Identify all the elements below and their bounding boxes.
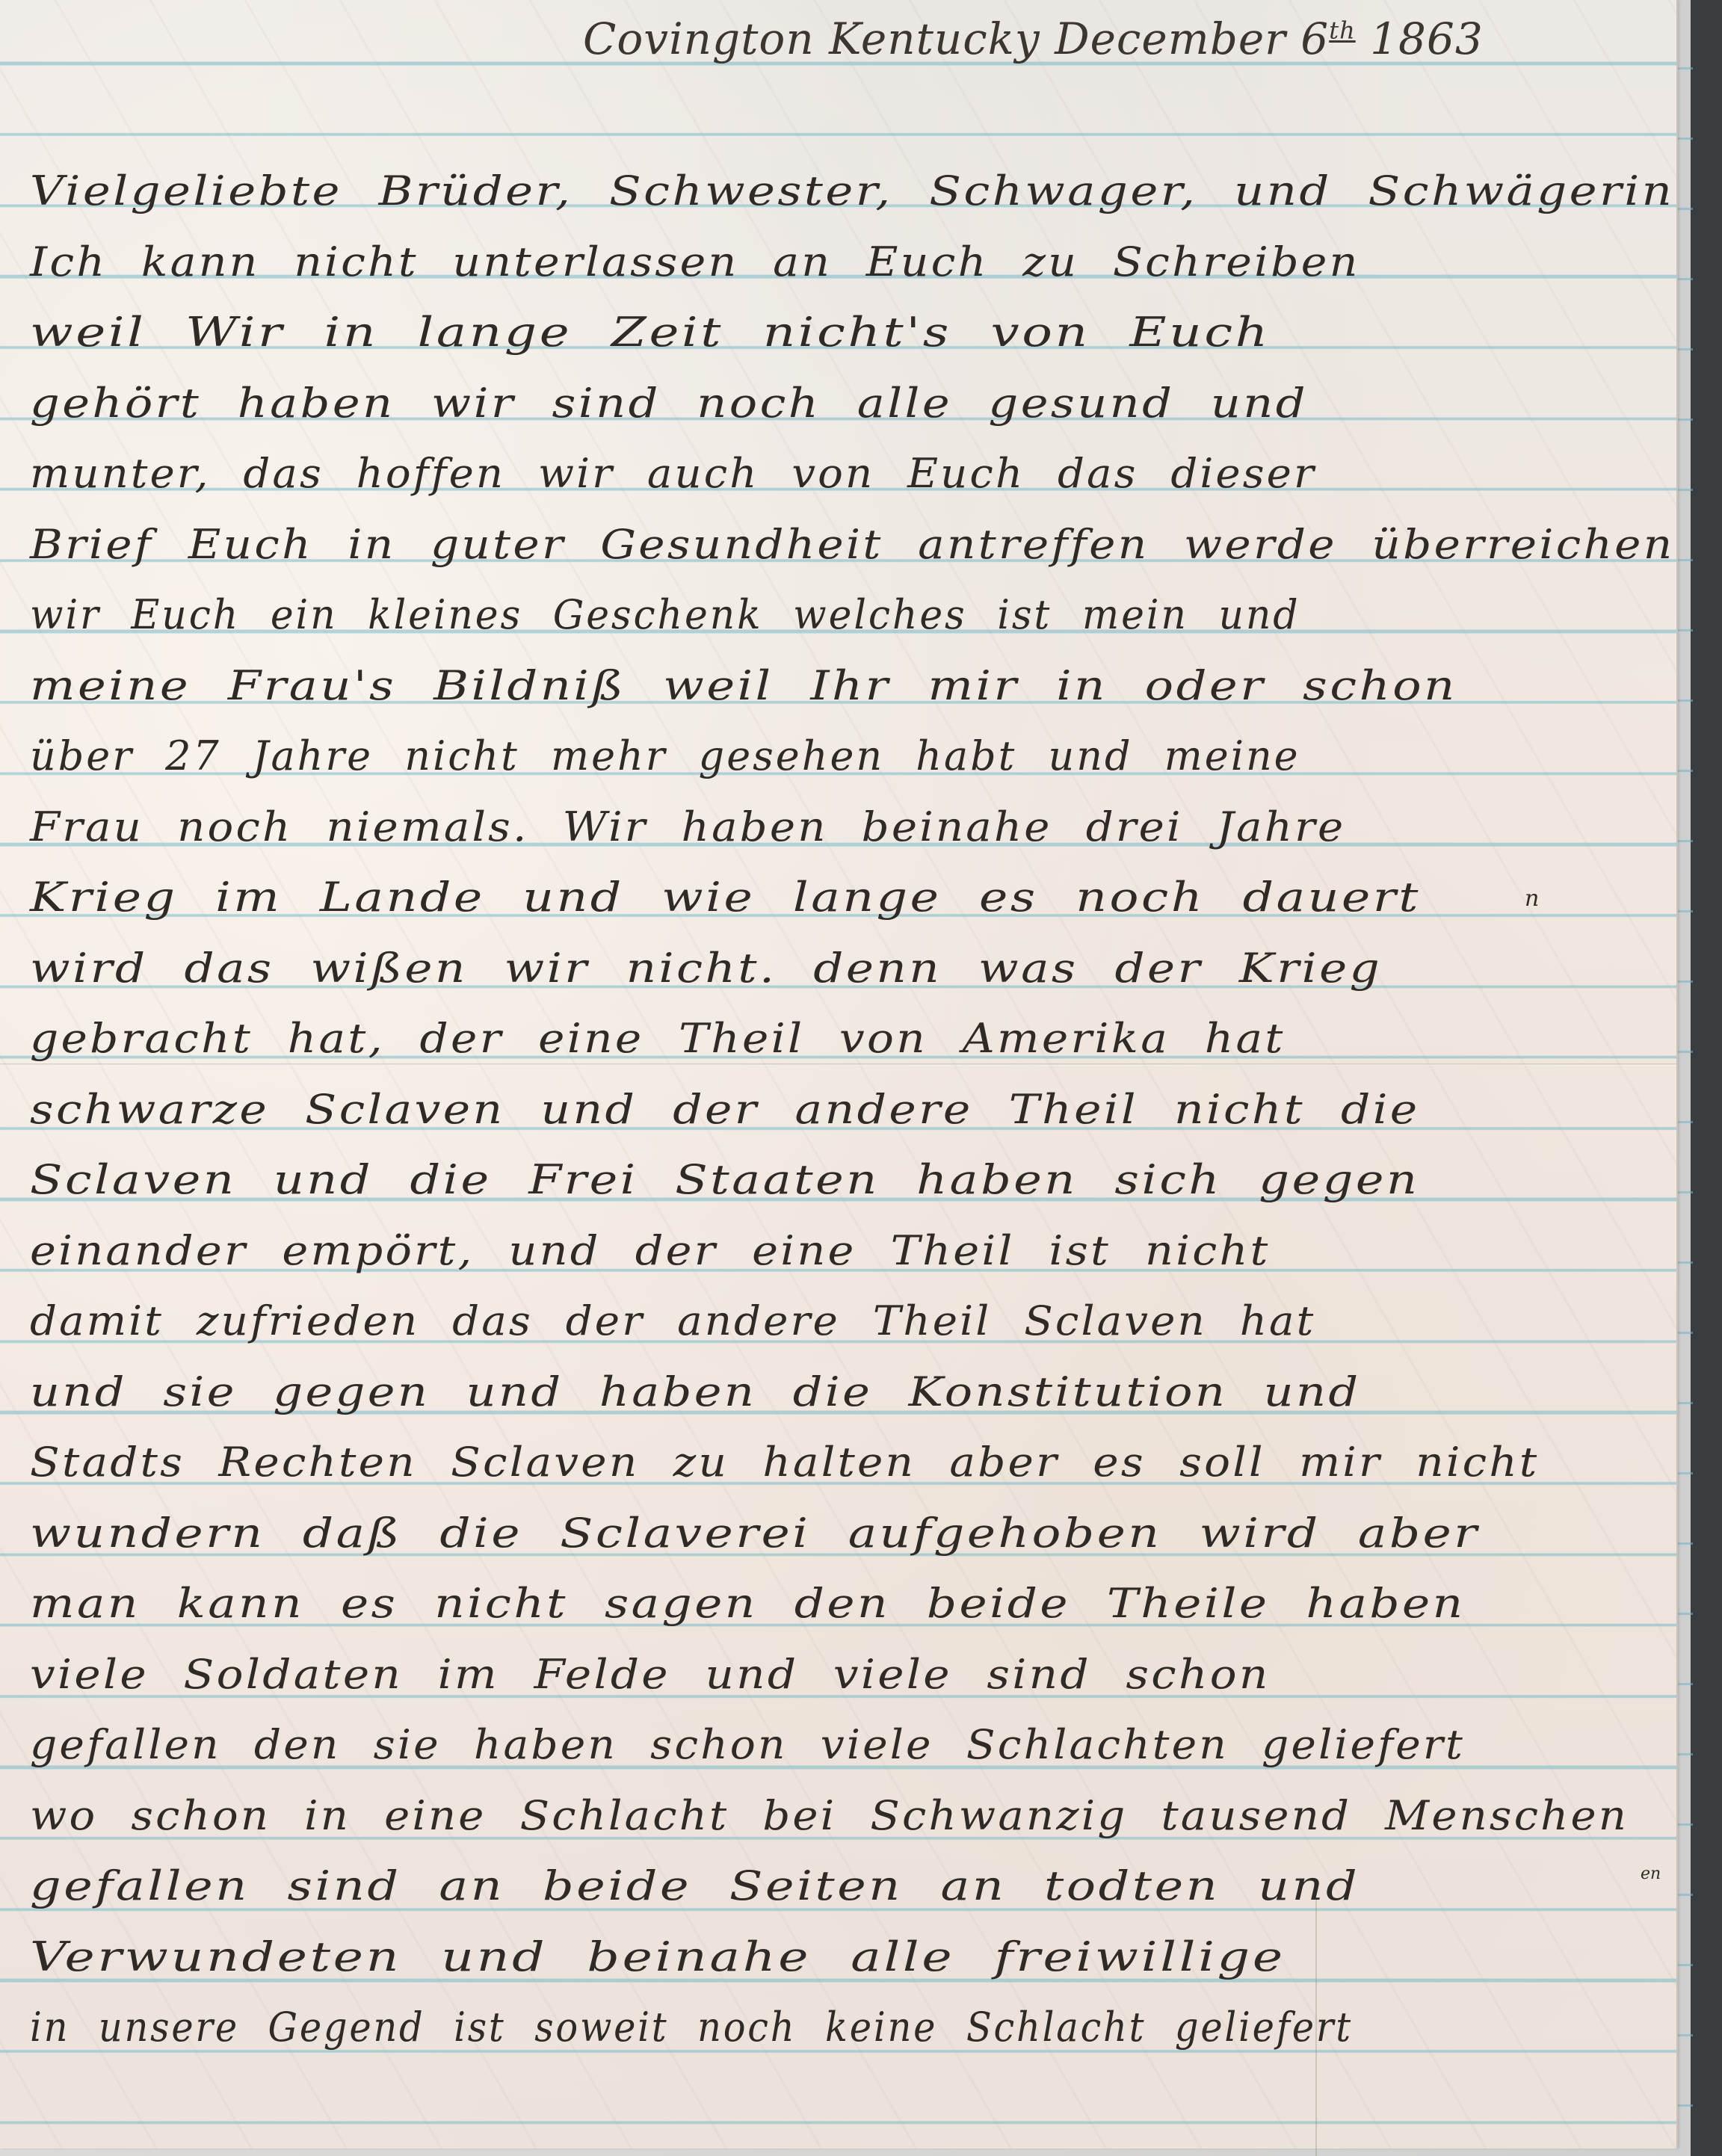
- letter-line: Frau noch niemals. Wir haben beinahe dre…: [30, 797, 1345, 857]
- heading-place: Covington Kentucky: [583, 13, 1040, 64]
- letter-line: Brief Euch in guter Gesundheit antreffen…: [30, 515, 1674, 575]
- heading-date-suffix: th: [1329, 16, 1355, 45]
- letter-line: über 27 Jahre nicht mehr gesehen habt un…: [30, 726, 1300, 786]
- letter-line: einander empört, und der eine Theil ist …: [30, 1221, 1271, 1281]
- letter-line: munter, das hoffen wir auch von Euch das…: [30, 444, 1316, 504]
- letter-line: schwarze Sclaven und der andere Theil ni…: [30, 1080, 1420, 1140]
- letter-line: gefallen den sie haben schon viele Schla…: [30, 1715, 1465, 1775]
- letter-line: Stadts Rechten Sclaven zu halten aber es…: [30, 1433, 1539, 1492]
- letter-line: gebracht hat, der eine Theil von Amerika…: [30, 1009, 1286, 1069]
- letter-line: Vielgeliebte Brüder, Schwester, Schwager…: [30, 161, 1674, 221]
- letter-line: meine Frau's Bildniß weil Ihr mir in ode…: [30, 656, 1457, 716]
- underlying-sheet-rules: [1678, 0, 1693, 2156]
- letter-line: wird das wißen wir nicht. denn was der K…: [30, 939, 1382, 998]
- letter-line: gefallen sind an beide Seiten an todten …: [30, 1856, 1360, 1916]
- letter-line: wo schon in eine Schlacht bei Schwanzig …: [30, 1786, 1629, 1846]
- letter-line: man kann es nicht sagen den beide Theile…: [30, 1574, 1466, 1634]
- letter-line: weil Wir in lange Zeit nicht's von Euch: [30, 303, 1271, 362]
- letter-heading: Covington Kentucky December 6th 1863: [583, 13, 1484, 64]
- letter-line: gehört haben wir sind noch alle gesund u…: [30, 374, 1308, 433]
- letter-page: Covington Kentucky December 6th 1863 Vie…: [0, 0, 1678, 2149]
- letter-line: Verwundeten und beinahe alle freiwillige: [30, 1927, 1286, 1987]
- margin-note-dauert: n: [1525, 886, 1539, 912]
- margin-note-menschen: en: [1641, 1865, 1661, 1883]
- letter-line: wundern daß die Sclaverei aufgehoben wir…: [30, 1504, 1480, 1563]
- letter-line: und sie gegen und haben die Konstitution…: [30, 1362, 1361, 1422]
- letter-line: wir Euch ein kleines Geschenk welches is…: [30, 585, 1300, 645]
- letter-line: Sclaven und die Frei Staaten haben sich …: [30, 1150, 1419, 1210]
- letter-line: viele Soldaten im Felde und viele sind s…: [30, 1645, 1271, 1705]
- letter-line: in unsere Gegend ist soweit noch keine S…: [30, 1998, 1353, 2057]
- letter-line: damit zufrieden das der andere Theil Scl…: [30, 1291, 1315, 1351]
- heading-date: December 6: [1055, 13, 1329, 64]
- letter-line: Krieg im Lande und wie lange es noch dau…: [30, 868, 1421, 927]
- heading-year: 1863: [1370, 13, 1484, 64]
- letter-line: Ich kann nicht unterlassen an Euch zu Sc…: [30, 232, 1360, 292]
